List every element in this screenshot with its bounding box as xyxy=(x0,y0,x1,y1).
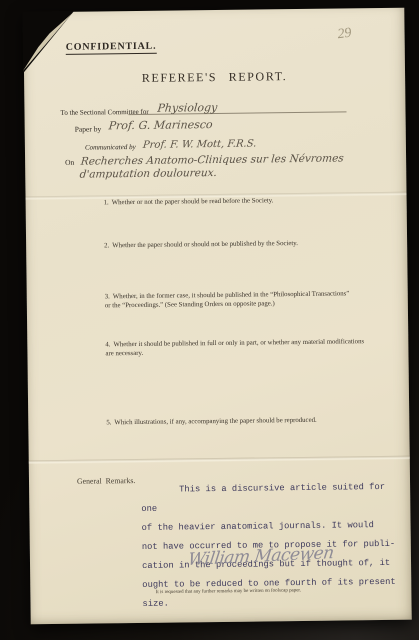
general-remarks-label: General Remarks. xyxy=(77,476,135,486)
field-value-handwritten: Prof. G. Marinesco xyxy=(109,118,214,132)
question-item-2: 2.Whether the paper should or should not… xyxy=(92,229,394,251)
field-label: Paper by xyxy=(75,124,102,133)
question-item-3: 3.Whether, in the former case, it should… xyxy=(93,280,395,311)
question-item-5: 5.Which illustrations, if any, accompany… xyxy=(94,406,396,428)
field-label: On xyxy=(65,158,74,167)
field-label: Communicated by xyxy=(85,143,136,152)
question-item-4: 4.Whether it should be published in full… xyxy=(93,328,395,359)
question-text: Whether it should be published in full o… xyxy=(105,338,364,357)
field-sectional-committee: To the Sectional Committee forPhysiology xyxy=(60,103,217,118)
question-number: 3. xyxy=(105,293,110,300)
page-title: REFEREE'S REPORT. xyxy=(24,68,405,88)
field-value-handwritten: Recherches Anatomo-Cliniques sur les Név… xyxy=(79,152,344,181)
field-value-handwritten: Prof. F. W. Mott, F.R.S. xyxy=(142,139,256,151)
scan-background: CONFIDENTIAL. 29 REFEREE'S REPORT. To th… xyxy=(0,0,419,640)
question-number: 1. xyxy=(104,199,109,206)
field-communicated-by: Communicated byProf. F. W. Mott, F.R.S. xyxy=(85,140,256,153)
question-number: 5. xyxy=(106,419,111,426)
field-paper-by: Paper byProf. G. Marinesco xyxy=(75,120,214,135)
field-value-handwritten: Physiology xyxy=(157,101,218,115)
question-text: Whether, in the former case, it should b… xyxy=(105,290,350,309)
question-number: 2. xyxy=(104,242,109,249)
question-item-1: 1.Whether or not the paper should be rea… xyxy=(91,186,393,208)
question-text: Whether or not the paper should be read … xyxy=(112,197,274,206)
confidential-stamp: CONFIDENTIAL. xyxy=(66,41,157,55)
field-paper-title: OnRecherches Anatomo-Cliniques sur les N… xyxy=(65,154,343,183)
question-text: Whether the paper should or should not b… xyxy=(112,240,298,249)
page-number-annotation: 29 xyxy=(337,26,353,44)
referee-report-page: CONFIDENTIAL. 29 REFEREE'S REPORT. To th… xyxy=(23,8,411,625)
question-number: 4. xyxy=(105,341,110,348)
field-label: To the Sectional Committee for xyxy=(60,108,148,117)
fold-crease-bottom xyxy=(29,456,410,465)
question-text: Which illustrations, if any, accompanyin… xyxy=(114,417,316,426)
